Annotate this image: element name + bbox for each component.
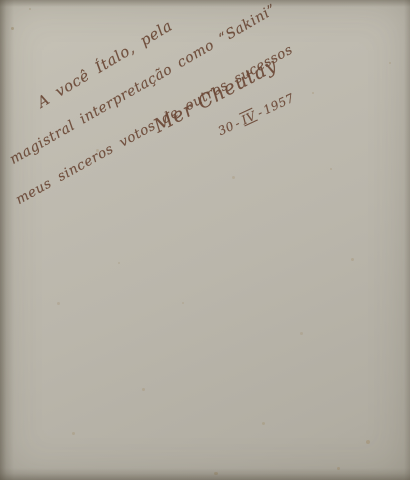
- book-flyleaf-photo: A você Ítalo, pela magistral interpretaç…: [0, 0, 410, 480]
- foxing-spot: [214, 472, 218, 475]
- foxing-spot: [389, 62, 391, 64]
- foxing-spot: [330, 168, 332, 170]
- foxing-spot: [11, 27, 14, 30]
- foxing-spot: [300, 332, 303, 335]
- foxing-spot: [182, 302, 184, 304]
- page-left-edge-shadow: [0, 0, 14, 480]
- page-bottom-edge-shadow: [0, 468, 410, 480]
- page-right-edge-shadow: [404, 0, 410, 480]
- date-year: 1957: [261, 91, 296, 117]
- foxing-spot: [337, 467, 340, 470]
- foxing-spot: [72, 432, 75, 435]
- foxing-spot: [351, 258, 354, 261]
- page-top-edge-shadow: [0, 0, 410, 7]
- foxing-spot: [232, 176, 235, 179]
- foxing-spot: [29, 8, 31, 10]
- foxing-spot: [57, 302, 60, 305]
- foxing-spot: [312, 92, 314, 94]
- foxing-spot: [262, 422, 265, 425]
- photo-vignette: [0, 0, 410, 480]
- foxing-spot: [366, 440, 370, 444]
- foxing-spot: [142, 388, 145, 391]
- foxing-spot: [118, 262, 120, 264]
